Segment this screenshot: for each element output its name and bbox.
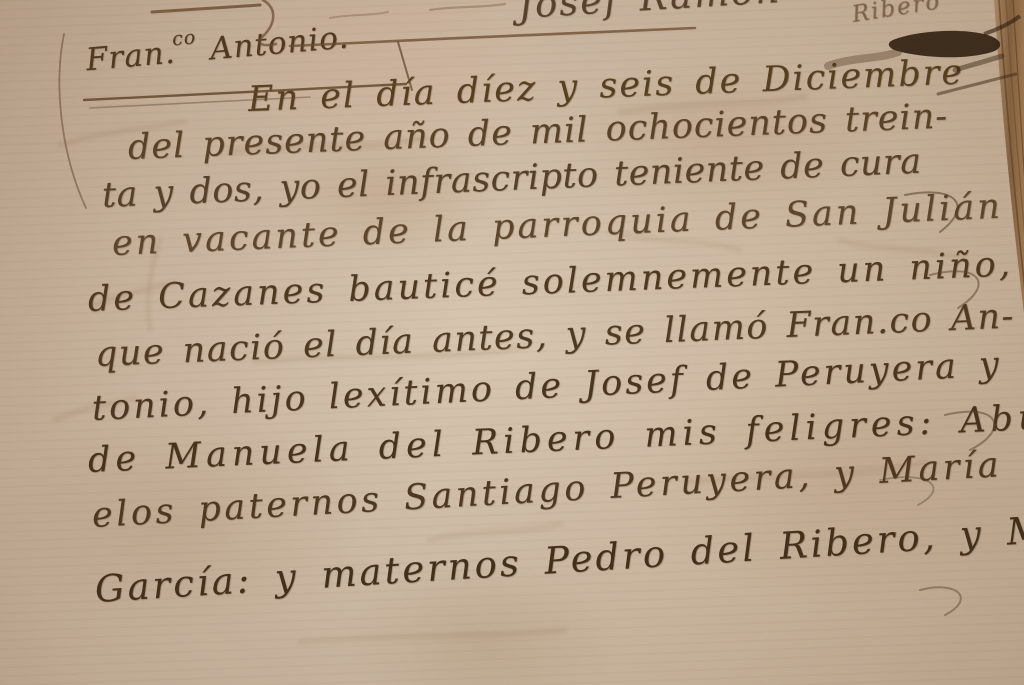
margin-name-rest: Antonio.	[209, 19, 351, 67]
margin-name-prefix: Fran.	[84, 35, 176, 79]
header-surname-fragment: Ribero	[850, 0, 943, 28]
header-name-fragment: Josef Ramon	[517, 0, 783, 27]
manuscript-photo: Fran.co Antonio. Josef Ramon Ribero En e…	[0, 0, 1024, 685]
margin-name-superscript: co	[171, 26, 197, 50]
margin-annotation-child-name: Fran.co Antonio.	[84, 19, 350, 78]
